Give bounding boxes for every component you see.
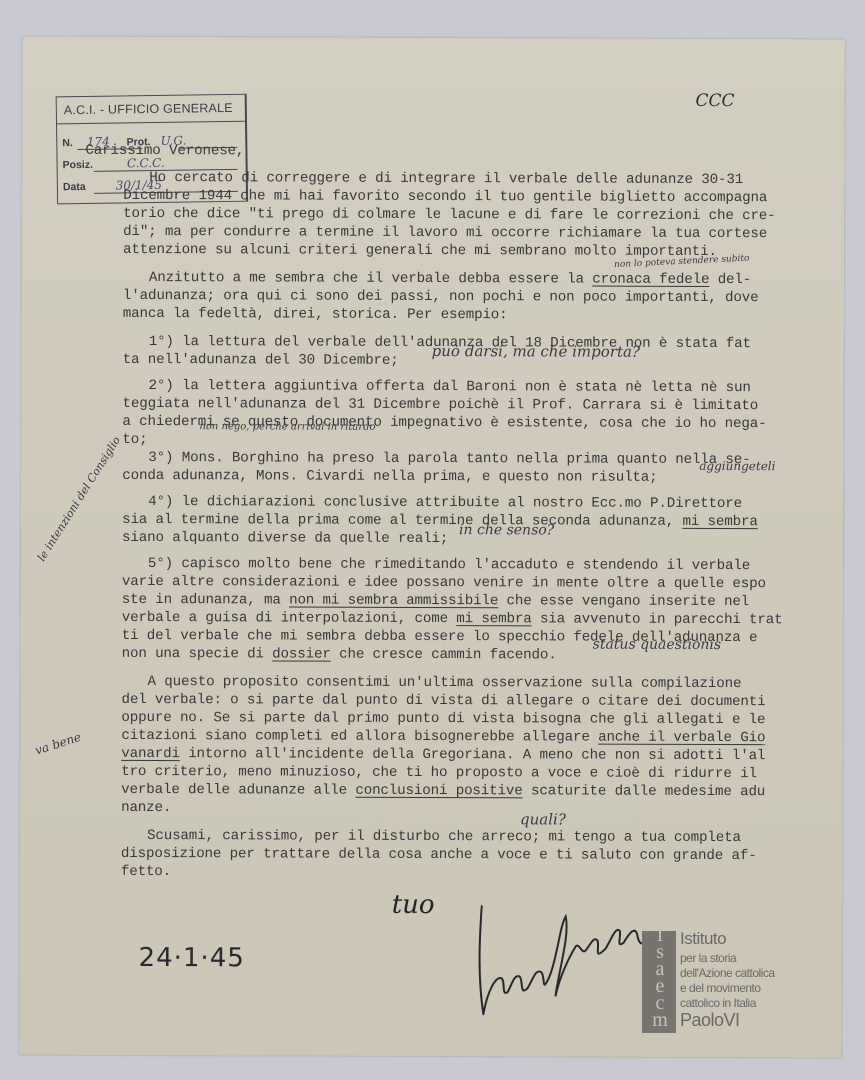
monogram-letter: m (642, 1012, 678, 1029)
body-text: sia al termine della prima come al termi… (122, 512, 682, 530)
logo-line: dell'Azione cattolica (680, 966, 775, 981)
underlined-phrase: anche il verbale Gio (598, 730, 765, 747)
closing-line: disposizione per trattare della cosa anc… (121, 845, 757, 866)
salutation: Carissimo Veronese, (85, 142, 244, 161)
body-line: attenzione su alcuni criteri generali ch… (123, 241, 717, 262)
underlined-phrase: dossier (272, 646, 331, 662)
underlined-phrase: cronaca fedele (592, 272, 709, 288)
body-text: intorno all'incidente della Gregoriana. … (180, 746, 766, 764)
body-line: verbale delle adunanze alle conclusioni … (121, 781, 765, 802)
handwritten-note: aggiungeteli (699, 459, 775, 473)
stamp-date-label: Data (63, 181, 86, 193)
body-text: citazioni siano completi ed allora bisog… (121, 728, 598, 746)
underlined-phrase: vanardi (121, 746, 180, 762)
underlined-phrase: mi sembra (456, 611, 531, 627)
letter-body: Carissimo Veronese, Ho cercato di correg… (20, 37, 57, 925)
logo-line: Istituto (680, 931, 726, 946)
underlined-phrase: non mi sembra ammissibile (289, 593, 498, 610)
letter-page: A.C.I. - UFFICIO GENERALE N.174 Prot.U.G… (19, 37, 845, 1058)
body-text: che cresce cammin facendo. (331, 647, 557, 664)
logo-line: per la storia (680, 951, 736, 966)
stamp-divider (57, 121, 245, 125)
body-text: non una specie di (122, 646, 273, 663)
handwritten-note: in che senso? (459, 522, 554, 538)
corner-classification-mark: CCC (696, 91, 735, 111)
logo-line: PaoloVI (680, 1013, 740, 1028)
body-text: verbale delle adunanze alle (121, 782, 355, 799)
body-line: manca la fedeltà, direi, storica. Per es… (123, 305, 508, 325)
point-1-line: ta nell'adunanza del 30 Dicembre; (123, 351, 399, 370)
body-text: che esse vengano inserite nel (498, 593, 749, 610)
body-text: Anzitutto a me sembra che il verbale deb… (149, 270, 592, 288)
handwritten-note: quali? (520, 810, 566, 828)
stamp-number-label: N. (62, 137, 73, 149)
handwritten-note: non nego, perchè arrivai in ritardo (199, 421, 375, 433)
logo-line: cattolico in Italia (680, 996, 756, 1011)
handwritten-note: può darsi, ma che importa? (432, 342, 640, 361)
point-5-line: non una specie di dossier che cresce cam… (122, 645, 557, 665)
body-line: nanze. (121, 799, 171, 818)
underlined-phrase: mi sembra (682, 514, 757, 530)
handwritten-date: 24·1·45 (139, 943, 245, 973)
underlined-phrase: conclusioni positive (355, 783, 522, 800)
stamp-title: A.C.I. - UFFICIO GENERALE (64, 101, 233, 117)
logo-monogram: I s a e c m (642, 927, 678, 1029)
body-text: sia avvenuto in parecchi trat (532, 611, 783, 628)
closing-line: fetto. (121, 863, 171, 882)
point-2-line: to; (122, 431, 147, 450)
body-text: del- (709, 272, 751, 288)
point-3-line: conda adunanza, Mons. Civardi nella prim… (122, 467, 657, 487)
stamp-position-label: Posiz. (63, 159, 94, 171)
logo-line: e del movimento (680, 981, 761, 996)
body-text: ste in adunanza, ma (122, 592, 289, 609)
point-4-line: siano alquanto diverse da quelle reali; (122, 529, 448, 549)
handwritten-note: status quaestionis (593, 637, 722, 653)
archive-watermark-logo: I s a e c m Istituto per la storia dell'… (642, 931, 802, 1037)
body-text: verbale a guisa di interpolazioni, come (122, 610, 457, 627)
body-text: scaturite dalle medesime adu (523, 783, 766, 800)
